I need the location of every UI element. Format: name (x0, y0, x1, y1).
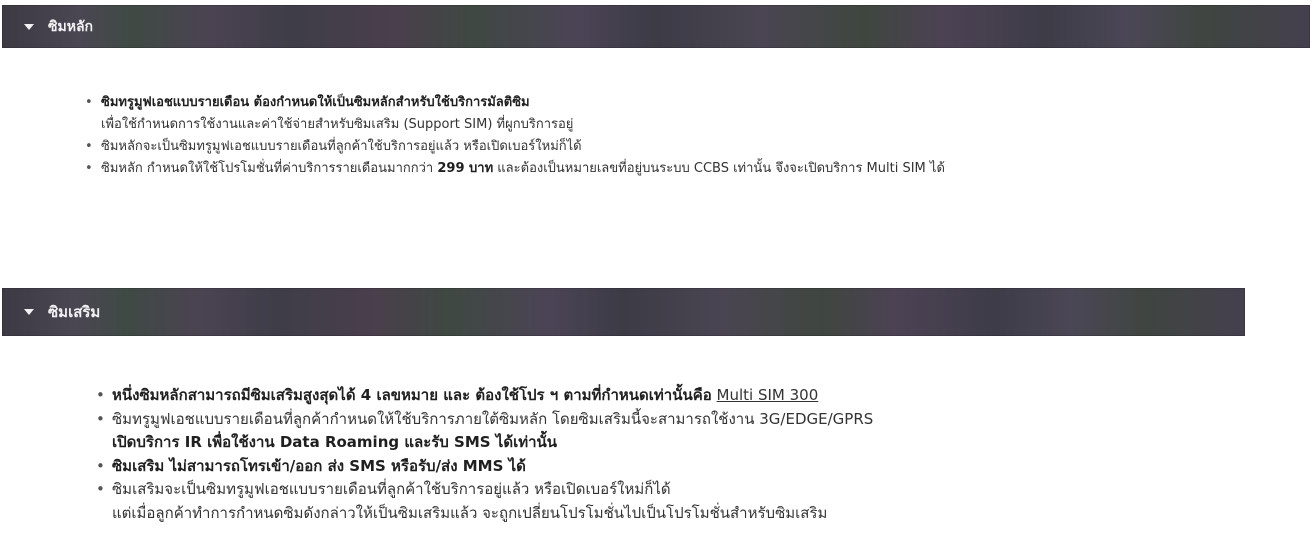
list-item-text: ซิมเสริม ไม่สามารถโทรเข้า/ออก ส่ง SMS หร… (112, 455, 1246, 479)
list-item-text: แต่เมื่อลูกค้าทำการกำหนดซิมดังกล่าวให้เป… (112, 502, 1246, 526)
list-item-text: ซิมหลักจะเป็นซิมทรูมูฟเอชแบบรายเดือนที่ล… (101, 136, 1305, 158)
list-item-text: ซิมหลัก กำหนดให้ใช้โปรโมชั่นที่ค่าบริการ… (101, 161, 433, 176)
list-item-text: และต้องเป็นหมายเลขที่อยู่บนระบบ CCBS เท่… (497, 161, 945, 176)
list-item: ซิมเสริม ไม่สามารถโทรเข้า/ออก ส่ง SMS หร… (96, 455, 1246, 479)
list-item: ซิมทรูมูฟเอชแบบรายเดือน ต้องกำหนดให้เป็น… (85, 92, 1305, 136)
list-item: ซิมหลักจะเป็นซิมทรูมูฟเอชแบบรายเดือนที่ล… (85, 136, 1305, 158)
section-title-main-sim: ซิมหลัก (48, 16, 93, 38)
list-item: ซิมหลัก กำหนดให้ใช้โปรโมชั่นที่ค่าบริการ… (85, 158, 1305, 180)
multi-sim-300-link[interactable]: Multi SIM 300 (717, 386, 819, 404)
list-item: ซิมทรูมูฟเอชแบบรายเดือนที่ลูกค้ากำหนดให้… (96, 408, 1246, 455)
caret-down-icon (24, 24, 34, 30)
list-item-text: ซิมเสริมจะเป็นซิมทรูมูฟเอชแบบรายเดือนที่… (112, 478, 1246, 502)
list-item: ซิมเสริมจะเป็นซิมทรูมูฟเอชแบบรายเดือนที่… (96, 478, 1246, 525)
list-item: หนึ่งซิมหลักสามารถมีซิมเสริมสูงสุดได้ 4 … (96, 384, 1246, 408)
section-title-support-sim: ซิมเสริม (48, 300, 100, 324)
main-sim-list: ซิมทรูมูฟเอชแบบรายเดือน ต้องกำหนดให้เป็น… (85, 92, 1305, 180)
section-header-support-sim[interactable]: ซิมเสริม (2, 288, 1245, 336)
list-item-text: เพื่อใช้กำหนดการใช้งานและค่าใช้จ่ายสำหรั… (101, 114, 1305, 136)
support-sim-list: หนึ่งซิมหลักสามารถมีซิมเสริมสูงสุดได้ 4 … (96, 384, 1246, 525)
list-item-text: หนึ่งซิมหลักสามารถมีซิมเสริมสูงสุดได้ 4 … (112, 386, 712, 404)
section-header-main-sim[interactable]: ซิมหลัก (2, 5, 1310, 48)
price-amount: 299 บาท (437, 161, 493, 176)
list-item-text: เปิดบริการ IR เพื่อใช้งาน Data Roaming แ… (112, 431, 1246, 455)
list-item-text: ซิมทรูมูฟเอชแบบรายเดือน ต้องกำหนดให้เป็น… (101, 92, 1305, 114)
caret-down-icon (24, 309, 34, 315)
list-item-text: ซิมทรูมูฟเอชแบบรายเดือนที่ลูกค้ากำหนดให้… (112, 408, 1246, 432)
